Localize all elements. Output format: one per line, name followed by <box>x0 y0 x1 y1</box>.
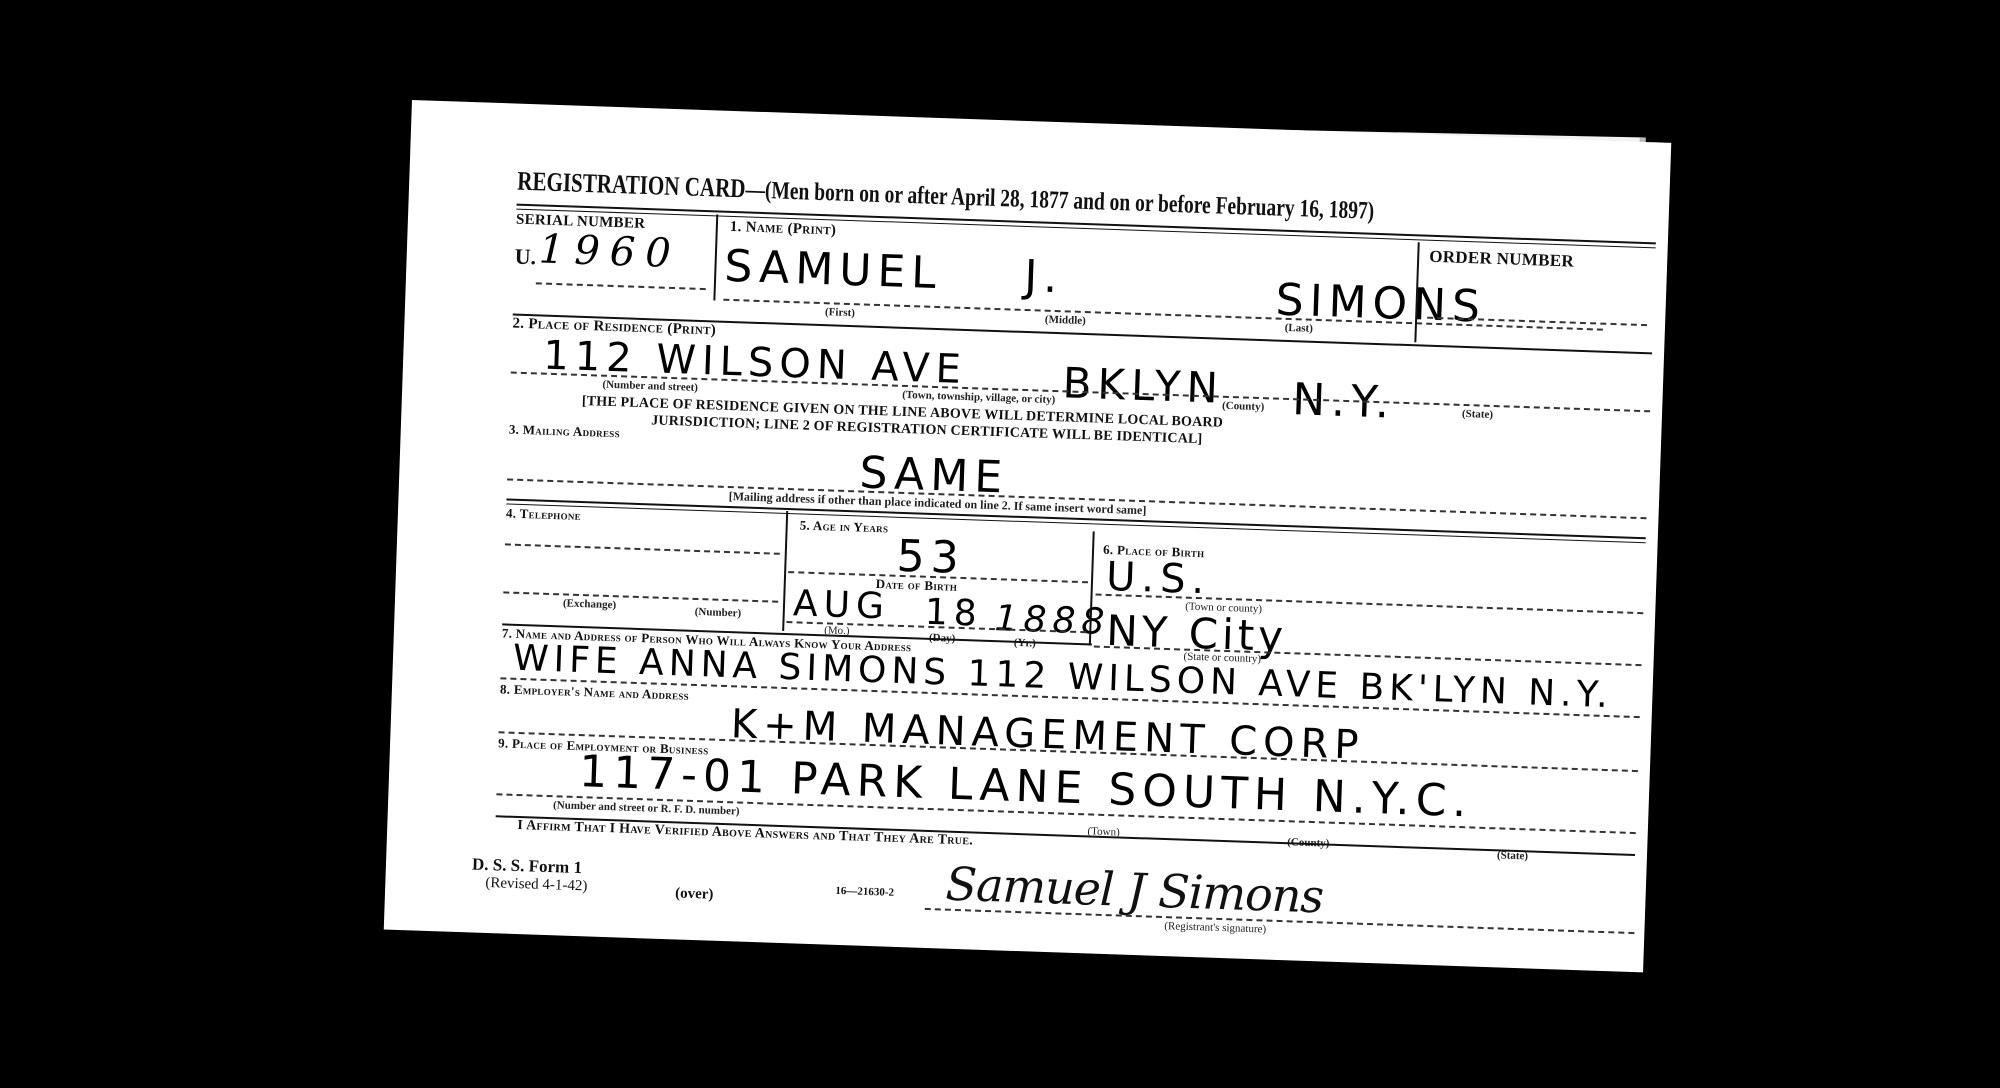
telephone-line-1 <box>505 543 780 554</box>
last-caption: (Last) <box>1285 322 1314 335</box>
registration-card: REGISTRATION CARD—(Men born on or after … <box>384 100 1672 972</box>
first-caption: (First) <box>825 306 855 319</box>
registrant-signature: Samuel J Simons <box>945 857 1324 924</box>
over-note: (over) <box>675 885 714 903</box>
middle-name-value: J. <box>1023 251 1064 303</box>
name-label: 1. Name (Print) <box>730 219 837 240</box>
number-caption: (Number) <box>695 606 742 620</box>
serial-number-value: 1960 <box>538 226 681 277</box>
first-name-value: SAMUEL <box>724 241 943 299</box>
signature-caption: (Registrant's signature) <box>1164 920 1266 935</box>
dob-year-value: 1888 <box>994 598 1111 643</box>
mailing-label: 3. Mailing Address <box>509 421 621 441</box>
exchange-caption: (Exchange) <box>563 597 617 611</box>
street-caption: (Number and street) <box>602 379 698 394</box>
affirmation-text: I Affirm That I Have Verified Above Answ… <box>517 818 973 850</box>
serial-divider <box>713 214 718 300</box>
form-revised: (Revised 4-1-42) <box>485 875 588 895</box>
middle-caption: (Middle) <box>1045 314 1086 327</box>
serial-prefix: U. <box>514 244 536 271</box>
residence-city-value: BKLYN <box>1062 358 1225 412</box>
contact-person-value: WIFE ANNA SIMONS 112 WILSON AVE BK'LYN N… <box>512 638 1613 716</box>
print-code: 16—21630-2 <box>835 885 894 899</box>
age-label: 5. Age in Years <box>799 517 888 536</box>
telephone-line-2 <box>503 591 778 602</box>
serial-line <box>536 282 706 290</box>
order-number-label: ORDER NUMBER <box>1429 247 1574 272</box>
state-caption: (State) <box>1462 408 1494 421</box>
card-title-main: REGISTRATION CARD <box>517 166 746 204</box>
city-caption: (Town, township, village, or city) <box>902 389 1055 406</box>
telephone-label: 4. Telephone <box>506 505 582 524</box>
county-caption: (County) <box>1222 400 1265 413</box>
